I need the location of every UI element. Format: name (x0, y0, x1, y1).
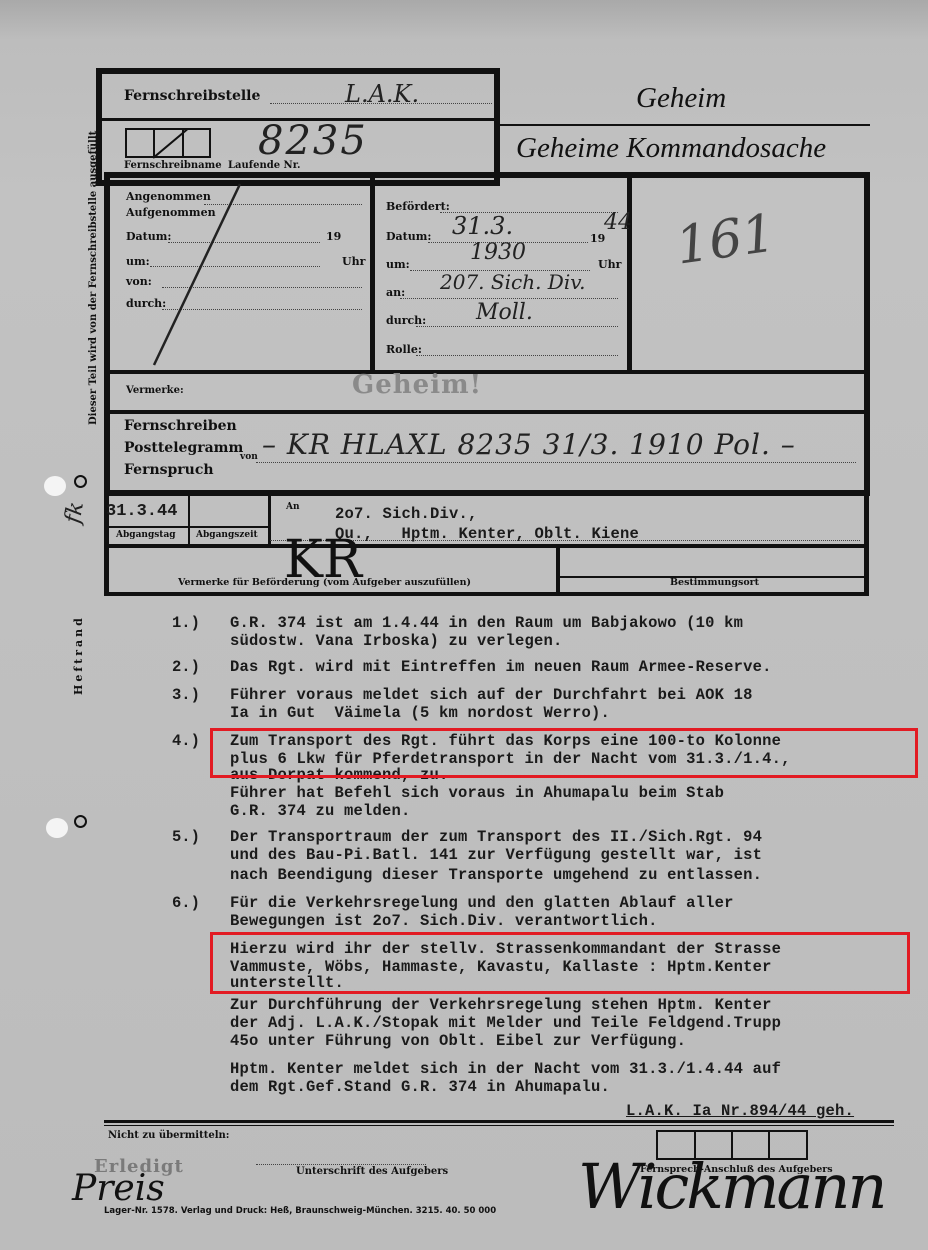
do-not-transmit-label: Nicht zu übermitteln: (108, 1130, 229, 1141)
dispatch-date-value: 31.3.44 (106, 502, 177, 521)
margin-initials: fk (61, 500, 89, 525)
secret-stamp: Geheim! (352, 370, 482, 400)
para-b-line-2: der Adj. L.A.K./Stopak mit Melder und Te… (230, 1014, 781, 1032)
dispatch-time-label: Abgangszeit (196, 530, 258, 540)
received-from-label: von: (126, 275, 152, 288)
commander-signature: Wickmann (578, 1150, 884, 1223)
forwarded-time-label: um: (386, 258, 410, 271)
received-time-label: um: (126, 255, 150, 268)
station-value: L.A.K. (345, 80, 419, 108)
received-time-suffix: Uhr (342, 255, 365, 268)
forwarded-time-value: 1930 (470, 240, 526, 265)
item-1-line-1: G.R. 374 ist am 1.4.44 in den Raum um Ba… (230, 614, 743, 632)
forwarded-date-value: 31.3. (452, 212, 513, 240)
item-5-line-3: nach Beendigung dieser Transporte umgehe… (230, 866, 762, 884)
margin-label: Heftrand (72, 615, 85, 695)
item-4b-line-1: Führer hat Befehl sich voraus in Ahumapa… (230, 784, 724, 802)
item-number: 3.) (172, 686, 200, 704)
message-type-phone: Fernspruch (124, 462, 214, 478)
dispatch-date-label: Abgangstag (116, 530, 176, 540)
forwarded-by-value: Moll. (476, 300, 533, 325)
highlight-box (210, 728, 918, 778)
recipient-line-1: 2o7. Sich.Div., (335, 505, 478, 523)
station-label: Fernschreibstelle (124, 88, 260, 104)
item-number: 5.) (172, 828, 200, 846)
item-5-line-2: und des Bau-Pi.Batl. 141 zur Verfügung g… (230, 846, 762, 864)
forwarded-year-value: 44 (604, 210, 632, 235)
item-number: 2.) (172, 658, 200, 676)
serial-value: 8235 (258, 118, 368, 164)
forwarded-to-value: 207. Sich. Div. (440, 270, 586, 294)
message-type-post-telegram: Posttelegramm (124, 440, 243, 456)
remarks-label: Vermerke: (126, 385, 184, 396)
recipient-line-2: Qu., Hptm. Kenter, Oblt. Kiene (335, 525, 639, 543)
signature-label: Unterschrift des Aufgebers (296, 1166, 448, 1177)
received-year-prefix: 19 (326, 230, 341, 243)
item-6-line-1: Für die Verkehrsregelung und den glatten… (230, 894, 734, 912)
destination-label: Bestimmungsort (670, 577, 759, 588)
reference-number: L.A.K. Ia Nr.894/44 geh. (626, 1102, 854, 1120)
from-label: von (240, 452, 258, 462)
transmission-header: – KR HLAXL 8235 31/3. 1910 Pol. – (262, 428, 796, 461)
punch-hole (46, 818, 68, 838)
punch-ring (74, 475, 87, 488)
item-3-line-1: Führer voraus meldet sich auf der Durchf… (230, 686, 753, 704)
punch-hole (44, 476, 66, 496)
recipient-to-label: An (286, 502, 300, 512)
teletype-name-label: Fernschreibname (124, 160, 222, 171)
item-number: 6.) (172, 894, 200, 912)
para-c-line-1: Hptm. Kenter meldet sich in der Nacht vo… (230, 1060, 781, 1078)
highlight-box (210, 932, 910, 994)
classification-title: Geheim (636, 82, 726, 115)
item-number: 1.) (172, 614, 200, 632)
item-3-line-2: Ia in Gut Väimela (5 km nordost Werro). (230, 704, 610, 722)
item-number: 4.) (172, 732, 200, 750)
classification-full: Geheime Kommandosache (516, 132, 826, 165)
item-4b-line-2: G.R. 374 zu melden. (230, 802, 411, 820)
message-type-teletype: Fernschreiben (124, 418, 237, 434)
forwarded-time-suffix: Uhr (598, 258, 621, 271)
item-6-line-2: Bewegungen ist 2o7. Sich.Div. verantwort… (230, 912, 658, 930)
cross-out-line (150, 180, 250, 370)
forwarded-date-label: Datum: (386, 230, 431, 243)
handling-mark: KR (284, 530, 362, 590)
para-c-line-2: dem Rgt.Gef.Stand G.R. 374 in Ahumapalu. (230, 1078, 610, 1096)
printer-line: Lager-Nr. 1578. Verlag und Druck: Heß, B… (104, 1206, 496, 1216)
punch-ring (74, 815, 87, 828)
item-2-line-1: Das Rgt. wird mit Eintreffen im neuen Ra… (230, 658, 772, 676)
done-initials: Preis (72, 1168, 165, 1209)
item-5-line-1: Der Transportraum der zum Transport des … (230, 828, 762, 846)
para-b-line-1: Zur Durchführung der Verkehrsregelung st… (230, 996, 772, 1014)
item-1-line-2: südostw. Vana Irboska) zu verlegen. (230, 632, 563, 650)
para-b-line-3: 45o unter Führung von Oblt. Eibel zur Ve… (230, 1032, 686, 1050)
